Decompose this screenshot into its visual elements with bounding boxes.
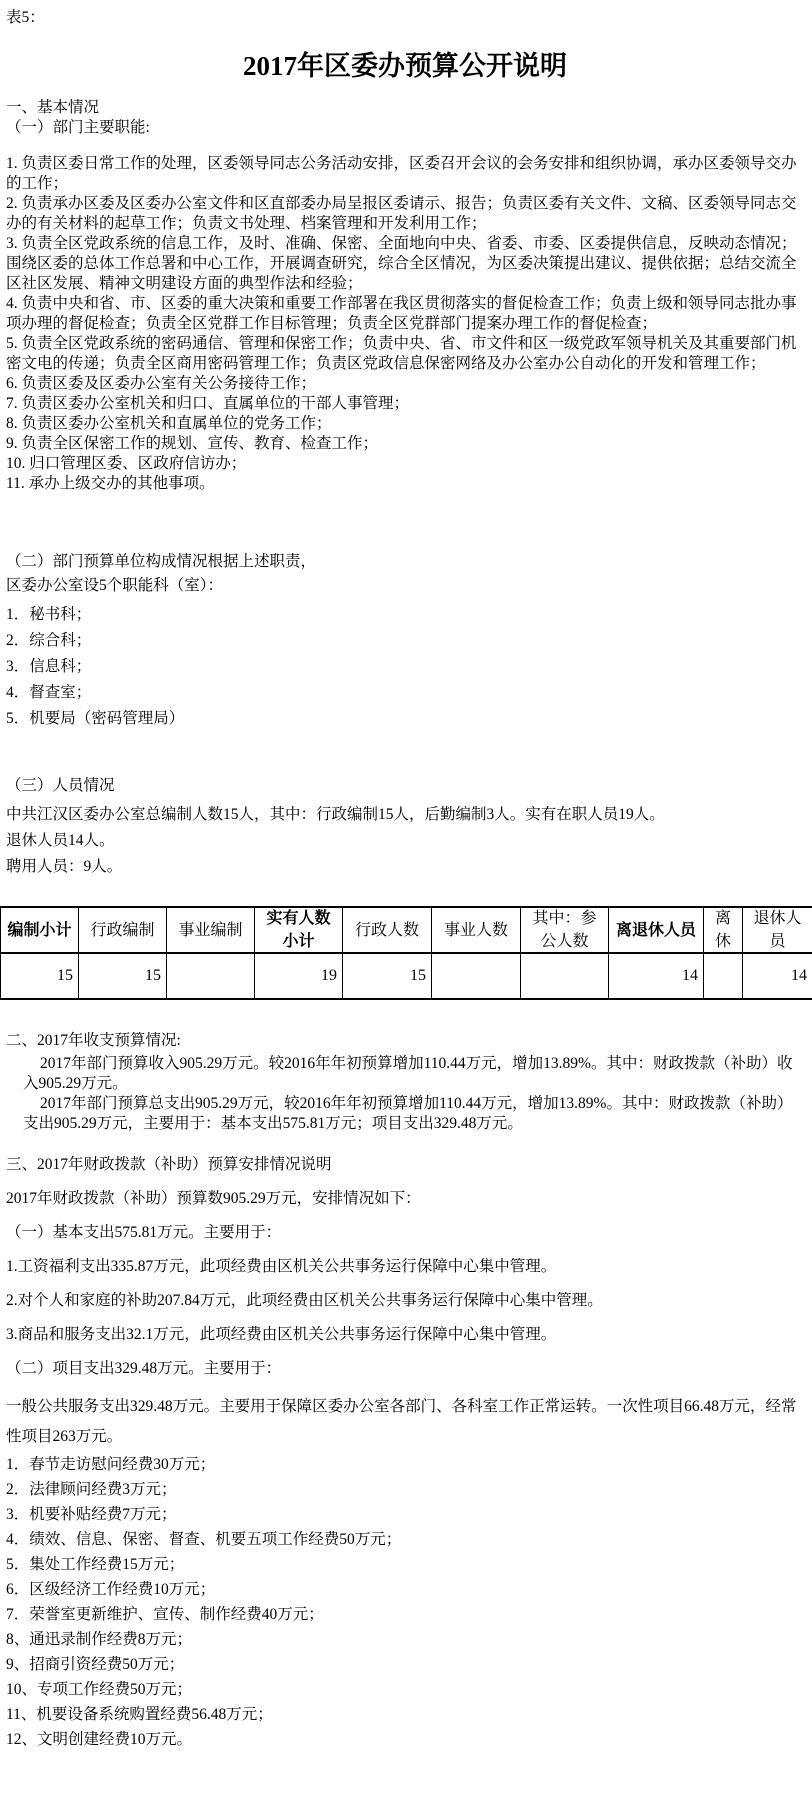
project-expense-item: 8、通迅录制作经费8万元； [6,1627,804,1652]
project-expense-item: 10、专项工作经费50万元； [6,1677,804,1702]
table-header-cell: 事业编制 [167,907,255,953]
section1-sub1-heading: （一）部门主要职能: [6,118,804,138]
table-header-cell: 行政人数 [343,907,432,953]
table-value-cell: 14 [743,953,812,999]
table-header-cell: 事业人数 [432,907,521,953]
table-value-cell [167,953,255,999]
basic-expense-item: 3.商品和服务支出32.1万元，此项经费由区机关公共事务运行保障中心集中管理。 [6,1324,804,1346]
project-expense-item: 12、文明创建经费10万元。 [6,1727,804,1752]
table-value-cell: 15 [343,953,432,999]
duty-item: 11. 承办上级交办的其他事项。 [6,474,804,494]
duty-item: 1. 负责区委日常工作的处理，区委领导同志公务活动安排，区委召开会议的会务安排和… [6,154,804,194]
project-expense-item: 2．法律顾问经费3万元； [6,1477,804,1502]
duty-item: 9. 负责全区保密工作的规划、宣传、教育、检查工作； [6,434,804,454]
table-header-cell: 行政编制 [79,907,167,953]
table-value-cell [432,953,521,999]
sheet-label: 表5： [6,8,804,28]
table-header-cell: 编制小计 [1,907,79,953]
basic-expense-heading: （一）基本支出575.81万元。主要用于： [6,1222,804,1244]
project-items-list: 1．春节走访慰问经费30万元； 2．法律顾问经费3万元； 3．机要补贴经费7万元… [6,1452,804,1752]
section1-sub2-heading: （二）部门预算单位构成情况根据上述职责， [6,552,804,572]
duty-item: 6. 负责区委及区委办公室有关公务接待工作； [6,374,804,394]
basic-expense-item: 2.对个人和家庭的补助207.84万元，此项经费由区机关公共事务运行保障中心集中… [6,1290,804,1312]
project-expense-item: 3．机要补贴经费7万元； [6,1502,804,1527]
section3-heading: 三、2017年财政拨款（补助）预算安排情况说明 [6,1154,804,1176]
personnel-line: 退休人员14人。 [6,828,804,854]
table-header-cell: 离休 [704,907,743,953]
project-expense-item: 1．春节走访慰问经费30万元； [6,1452,804,1477]
section2: 二、2017年收支预算情况: 2017年部门预算收入905.29万元。较2016… [6,1030,804,1134]
table-value-cell [521,953,609,999]
section3: 三、2017年财政拨款（补助）预算安排情况说明 2017年财政拨款（补助）预算数… [6,1154,804,1752]
duty-item: 8. 负责区委办公室机关和直属单位的党务工作； [6,414,804,434]
basic-expense-item: 1.工资福利支出335.87万元，此项经费由区机关公共事务运行保障中心集中管理。 [6,1256,804,1278]
office-item: 5．机要局（密码管理局） [6,706,804,732]
personnel-line: 中共江汉区委办公室总编制人数15人，其中：行政编制15人，后勤编制3人。实有在职… [6,802,804,828]
project-expense-item: 4．绩效、信息、保密、督查、机要五项工作经费50万元； [6,1527,804,1552]
duties-list: 1. 负责区委日常工作的处理，区委领导同志公务活动安排，区委召开会议的会务安排和… [6,154,804,494]
project-expense-item: 9、招商引资经费50万元； [6,1652,804,1677]
staffing-table: 编制小计 行政编制 事业编制 实有人数小计 行政人数 事业人数 其中：参公人数 … [0,906,812,1000]
project-expense-item: 6．区级经济工作经费10万元； [6,1577,804,1602]
section1-sub3-heading: （三）人员情况 [6,776,804,796]
duty-item: 4. 负责中央和省、市、区委的重大决策和重要工作部署在我区贯彻落实的督促检查工作… [6,294,804,334]
table-value-cell: 15 [79,953,167,999]
table-value-cell: 19 [255,953,343,999]
paragraph: 2017年部门预算收入905.29万元。较2016年年初预算增加110.44万元… [23,1054,804,1094]
office-item: 1．秘书科； [6,602,804,628]
project-expense-item: 7．荣誉室更新维护、宣传、制作经费40万元； [6,1602,804,1627]
table-value-cell: 15 [1,953,79,999]
table-value-cell: 14 [609,953,704,999]
duty-item: 5. 负责全区党政系统的密码通信、管理和保密工作；负责中央、省、市文件和区一级党… [6,334,804,374]
section1-sub2-line: 区委办公室设5个职能科（室）： [6,576,804,596]
section1-sub2: （二）部门预算单位构成情况根据上述职责， 区委办公室设5个职能科（室）： 1．秘… [6,552,804,732]
table-header-cell: 其中：参公人数 [521,907,609,953]
table-header-cell: 退休人员 [743,907,812,953]
personnel-line: 聘用人员：9人。 [6,854,804,880]
table-header-row: 编制小计 行政编制 事业编制 实有人数小计 行政人数 事业人数 其中：参公人数 … [1,907,812,953]
duty-item: 3. 负责全区党政系统的信息工作，及时、准确、保密、全面地向中央、省委、市委、区… [6,234,804,294]
office-item: 2．综合科； [6,628,804,654]
table-value-cell [704,953,743,999]
table-header-cell: 实有人数小计 [255,907,343,953]
duty-item: 10. 归口管理区委、区政府信访办； [6,454,804,474]
office-item: 4．督查室； [6,680,804,706]
section1-sub3: （三）人员情况 中共江汉区委办公室总编制人数15人，其中：行政编制15人，后勤编… [6,776,804,880]
section3-intro: 2017年财政拨款（补助）预算数905.29万元，安排情况如下： [6,1188,804,1210]
duty-item: 7. 负责区委办公室机关和归口、直属单位的干部人事管理； [6,394,804,414]
page-title: 2017年区委办预算公开说明 [6,48,804,84]
table-header-cell: 离退休人员 [609,907,704,953]
offices-list: 1．秘书科； 2．综合科； 3．信息科； 4．督查室； 5．机要局（密码管理局） [6,602,804,732]
project-expense-item: 11、机要设备系统购置经费56.48万元； [6,1702,804,1727]
section2-heading: 二、2017年收支预算情况: [6,1030,804,1052]
project-expense-intro: 一般公共服务支出329.48万元。主要用于保障区委办公室各部门、各科室工作正常运… [6,1392,804,1452]
section1-heading: 一、基本情况 [6,98,804,118]
document: 表5： 2017年区委办预算公开说明 一、基本情况 （一）部门主要职能: 1. … [0,0,812,1752]
office-item: 3．信息科； [6,654,804,680]
table-row: 15 15 19 15 14 14 [1,953,812,999]
project-expense-heading: （二）项目支出329.48万元。主要用于： [6,1358,804,1380]
duty-item: 2. 负责承办区委及区委办公室文件和区直部委办局呈报区委请示、报告；负责区委有关… [6,194,804,234]
personnel-list: 中共江汉区委办公室总编制人数15人，其中：行政编制15人，后勤编制3人。实有在职… [6,802,804,880]
project-expense-item: 5．集处工作经费15万元； [6,1552,804,1577]
paragraph: 2017年部门预算总支出905.29万元，较2016年年初预算增加110.44万… [23,1094,804,1134]
